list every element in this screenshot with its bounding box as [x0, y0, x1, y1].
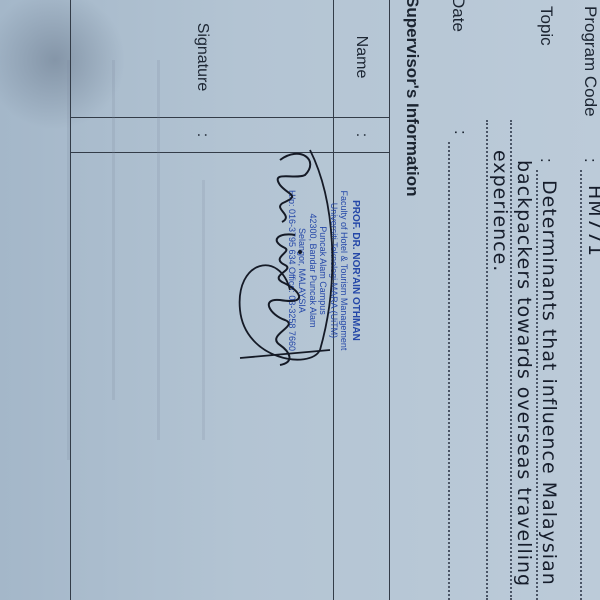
date-label: Date	[448, 0, 468, 32]
date-colon: :	[450, 130, 470, 135]
form-page: Program Code : HM771 Topic : Determinant…	[240, 0, 600, 600]
show-through-text-3	[112, 60, 115, 400]
program-code-colon: :	[580, 158, 600, 163]
program-code-value: HM771	[584, 185, 600, 257]
supervisor-signature	[230, 140, 340, 370]
show-through-text-2	[157, 60, 160, 440]
show-through-text-4	[67, 60, 70, 460]
topic-line-2: backpackers towards overseas travelling	[513, 160, 535, 587]
topic-line-1: Determinants that influence Malaysian	[538, 180, 560, 586]
stamp-line-faculty: Faculty of Hotel & Tourism Management	[339, 190, 350, 351]
document-photo: Program Code : HM771 Topic : Determinant…	[0, 0, 600, 600]
stamp-line-name: PROF. DR. NOR'AIN OTHMAN	[350, 190, 361, 351]
supervisor-section-title: Supervisor's Information	[402, 0, 422, 197]
topic-line-3: experience.	[489, 150, 511, 272]
program-code-dotted-line	[580, 170, 582, 600]
topic-label: Topic	[536, 6, 556, 46]
name-label: Name	[334, 0, 390, 118]
program-code-label: Program Code	[580, 6, 600, 117]
name-colon: :	[334, 118, 390, 153]
show-through-text-1	[202, 180, 205, 440]
date-dotted-line	[448, 142, 450, 600]
topic-colon: :	[536, 158, 556, 163]
signature-label: Signature	[71, 0, 334, 118]
topic-dotted-line-3	[486, 120, 488, 600]
